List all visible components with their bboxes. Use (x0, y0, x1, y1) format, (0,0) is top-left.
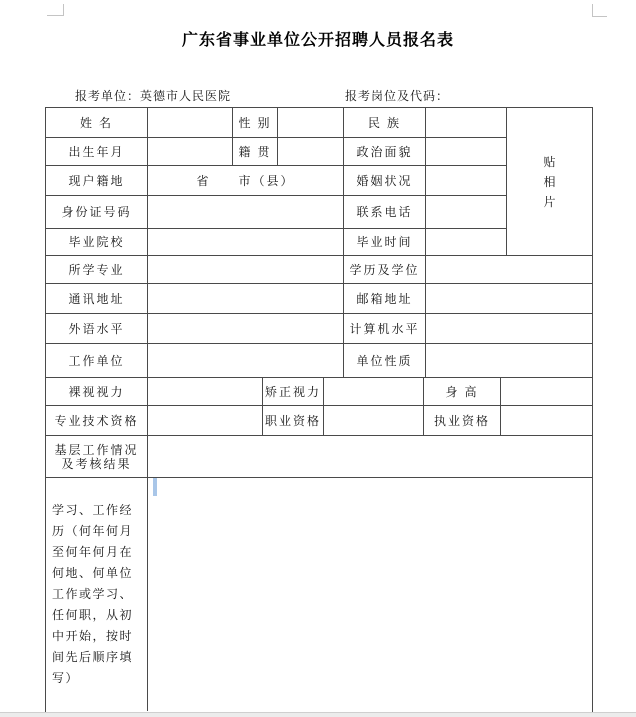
mailing-address-label: 通讯地址 (46, 284, 148, 314)
corrected-vision-value-cell[interactable] (324, 378, 424, 406)
work-unit-value-cell[interactable] (148, 344, 344, 378)
household-place-label: 现户籍地 (46, 166, 148, 196)
photo-paste-label: 贴相片 (543, 152, 557, 212)
graduate-school-value-cell[interactable] (148, 229, 344, 256)
vocational-qualification-value-cell[interactable] (324, 406, 424, 436)
graduate-time-label: 毕业时间 (344, 229, 426, 256)
table-row: 通讯地址 邮箱地址 (46, 284, 592, 314)
height-value-cell[interactable] (501, 378, 592, 406)
work-unit-label: 工作单位 (46, 344, 148, 378)
page-bottom-edge (0, 712, 636, 717)
page-margin-mark-top-left (47, 4, 64, 16)
foreign-language-label: 外语水平 (46, 314, 148, 344)
practice-qualification-label: 执业资格 (424, 406, 501, 436)
table-row: 专业技术资格 职业资格 执业资格 (46, 406, 592, 436)
apply-post-text: 报考岗位及代码： (345, 87, 449, 104)
page-margin-mark-top-right (592, 4, 607, 17)
native-place-label: 籍 贯 (233, 138, 278, 166)
table-row: 裸视视力 矫正视力 身 高 (46, 378, 592, 406)
household-place-value-cell[interactable]: 省 市（县） (148, 166, 344, 196)
naked-vision-label: 裸视视力 (46, 378, 148, 406)
education-degree-value-cell[interactable] (426, 256, 592, 284)
education-degree-label: 学历及学位 (344, 256, 426, 284)
contact-phone-label: 联系电话 (344, 196, 426, 229)
contact-phone-value-cell[interactable] (426, 196, 507, 229)
birth-date-label: 出生年月 (46, 138, 148, 166)
gender-value-cell[interactable] (278, 108, 344, 138)
graduate-time-value-cell[interactable] (426, 229, 507, 256)
professional-title-label: 专业技术资格 (46, 406, 148, 436)
id-number-label: 身份证号码 (46, 196, 148, 229)
mailing-address-value-cell[interactable] (148, 284, 344, 314)
email-address-value-cell[interactable] (426, 284, 592, 314)
table-row: 所学专业 学历及学位 (46, 256, 592, 284)
graduate-school-label: 毕业院校 (46, 229, 148, 256)
email-address-label: 邮箱地址 (344, 284, 426, 314)
vocational-qualification-label: 职业资格 (263, 406, 324, 436)
ethnicity-value-cell[interactable] (426, 108, 507, 138)
id-number-value-cell[interactable] (148, 196, 344, 229)
table-row: 工作单位 单位性质 (46, 344, 592, 378)
practice-qualification-value-cell[interactable] (501, 406, 592, 436)
computer-level-value-cell[interactable] (426, 314, 592, 344)
table-row: 外语水平 计算机水平 (46, 314, 592, 344)
naked-vision-value-cell[interactable] (148, 378, 263, 406)
table-row: 学习、工作经历（何年何月至何年何月在何地、何单位工作或学习、任何职，从初中开始，… (46, 478, 592, 711)
unit-nature-value-cell[interactable] (426, 344, 592, 378)
foreign-language-value-cell[interactable] (148, 314, 344, 344)
political-status-label: 政治面貌 (344, 138, 426, 166)
experience-value-cell[interactable] (148, 478, 592, 711)
name-label: 姓 名 (46, 108, 148, 138)
marital-status-label: 婚姻状况 (344, 166, 426, 196)
text-cursor (153, 478, 157, 496)
ethnicity-label: 民 族 (344, 108, 426, 138)
birth-date-value-cell[interactable] (148, 138, 233, 166)
table-row: 基层工作情况及考核结果 (46, 436, 592, 478)
experience-label: 学习、工作经历（何年何月至何年何月在何地、何单位工作或学习、任何职，从初中开始，… (46, 478, 148, 711)
professional-title-value-cell[interactable] (148, 406, 263, 436)
major-value-cell[interactable] (148, 256, 344, 284)
apply-unit-text: 报考单位：英德市人民医院 (75, 87, 231, 104)
name-value-cell[interactable] (148, 108, 233, 138)
computer-level-label: 计算机水平 (344, 314, 426, 344)
corrected-vision-label: 矫正视力 (263, 378, 324, 406)
marital-status-value-cell[interactable] (426, 166, 507, 196)
gender-label: 性 别 (233, 108, 278, 138)
height-label: 身 高 (424, 378, 501, 406)
unit-nature-label: 单位性质 (344, 344, 426, 378)
photo-paste-cell[interactable]: 贴相片 (507, 108, 592, 256)
native-place-value-cell[interactable] (278, 138, 344, 166)
application-form-table: 贴相片 姓 名 性 别 民 族 出生年月 籍 贯 政治面貌 现户籍地 省 市（县… (45, 107, 593, 712)
major-label: 所学专业 (46, 256, 148, 284)
page-title: 广东省事业单位公开招聘人员报名表 (0, 27, 636, 50)
grassroots-work-value-cell[interactable] (148, 436, 592, 478)
grassroots-work-label: 基层工作情况及考核结果 (46, 436, 148, 478)
political-status-value-cell[interactable] (426, 138, 507, 166)
